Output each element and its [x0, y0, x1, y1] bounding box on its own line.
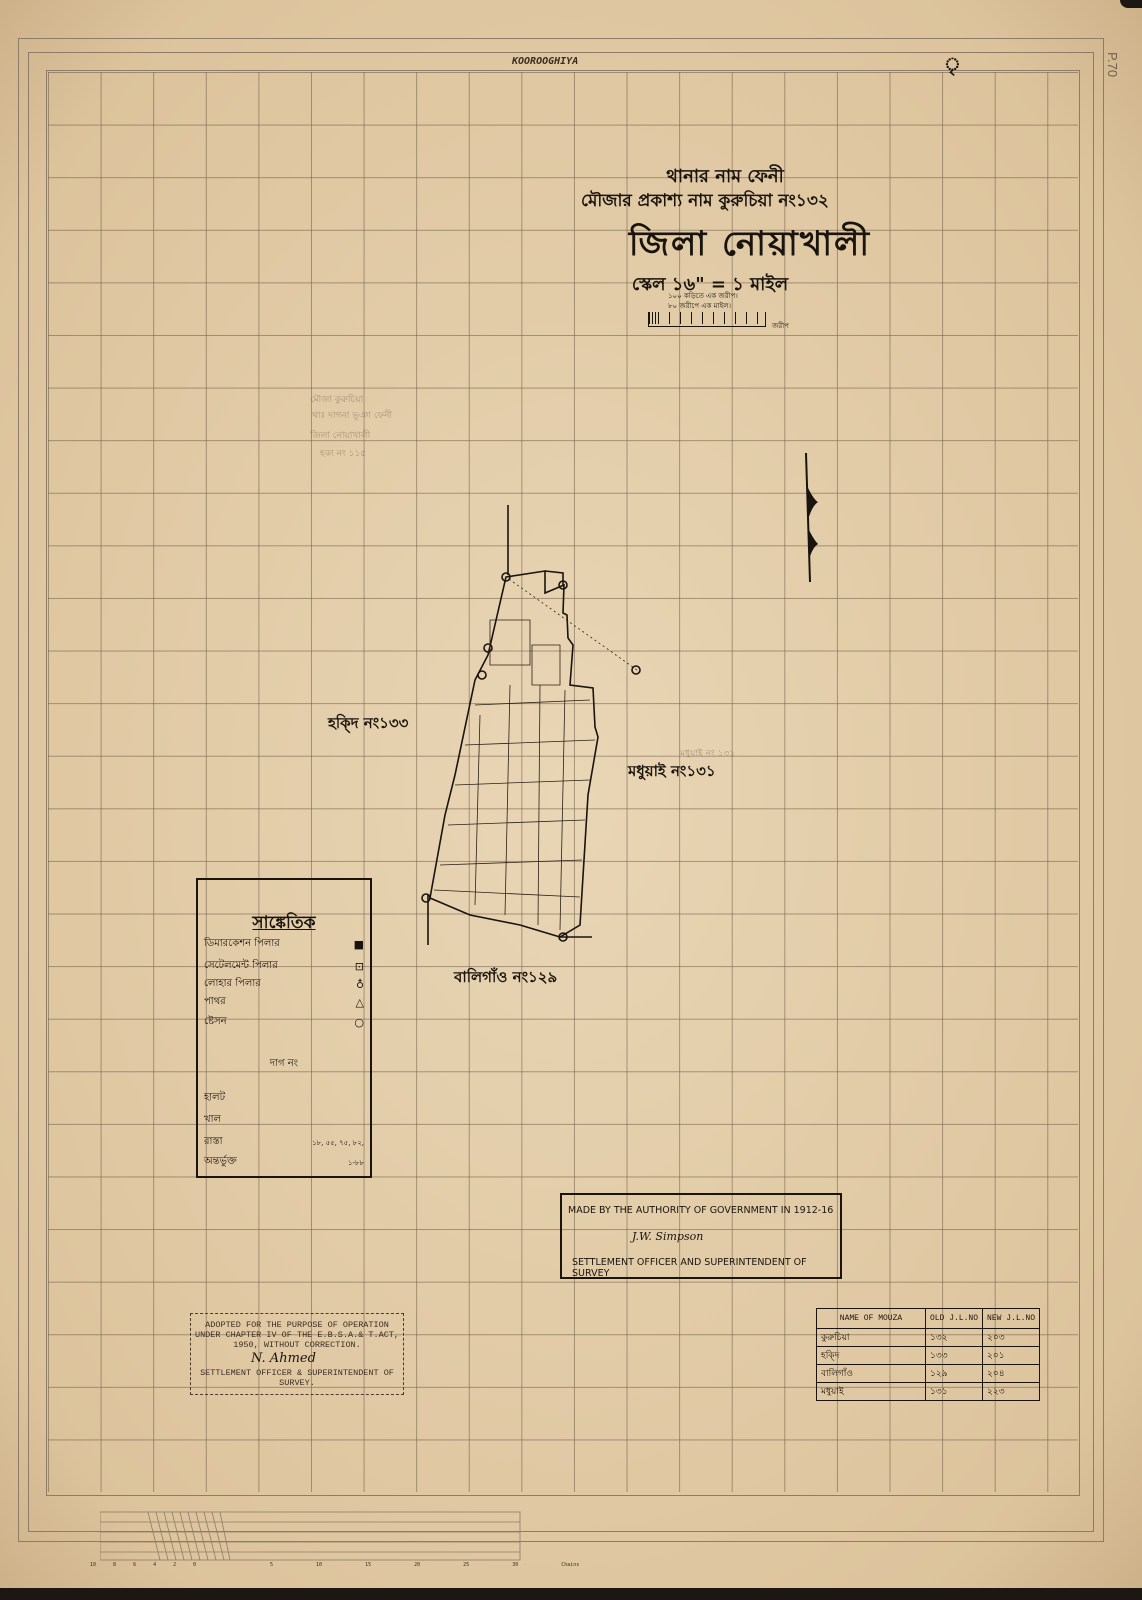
faint-annotation: থাঃ দাগনা ভূঞা ফেনী — [312, 408, 392, 423]
demarcation-pillar-icon: ■ — [354, 938, 364, 951]
scale-end-label: জরীপ — [772, 320, 789, 332]
table-row: মধুয়াই১৩১২২৩ — [817, 1383, 1040, 1401]
diagonal-scale — [100, 1510, 600, 1566]
legend-box: সাঙ্কেতিক ডিমারকেশন পিলার■ সেটেলমেন্ট পি… — [196, 878, 372, 1178]
map-sheet: KOOROOGHIYA P.70 ৃ থানার নাম ফেনী মৌজার … — [0, 0, 1142, 1588]
signature: J.W. Simpson — [632, 1230, 703, 1243]
neighbor-label-south: বালিগাঁও নং১২৯ — [454, 966, 557, 991]
neighbor-label-west: হক্দি নং১৩৩ — [328, 712, 408, 737]
dag-row: হালট — [204, 1090, 364, 1107]
jl-number-table: NAME OF MOUZA OLD J.L.NO NEW J.L.NO কুরু… — [816, 1308, 1040, 1401]
authority-box: MADE BY THE AUTHORITY OF GOVERNMENT IN 1… — [560, 1193, 842, 1279]
stamp-footer: SETTLEMENT OFFICER & SUPERINTENDENT OF S… — [191, 1368, 403, 1388]
table-row: কুরুচিয়া১৩২২০৩ — [817, 1329, 1040, 1347]
dag-header: দাগ নং — [198, 1056, 370, 1073]
mouza-line: মৌজার প্রকাশ্য নাম কুরুচিয়া নং১৩২ — [540, 188, 870, 216]
scale-bar — [648, 312, 766, 327]
torn-edge — [0, 1588, 1142, 1600]
torn-corner — [1120, 0, 1142, 8]
stone-icon: △ — [356, 996, 364, 1009]
legend-item: সেটেলমেন্ট পিলার⊡ — [204, 958, 364, 975]
table-row: বালিগাঁও১২৯২০৪ — [817, 1365, 1040, 1383]
authority-line-1: MADE BY THE AUTHORITY OF GOVERNMENT IN 1… — [568, 1205, 833, 1216]
neighbor-label-east: মধুয়াই নং১৩১ — [628, 760, 716, 785]
page-tag: P.70 — [1105, 52, 1120, 77]
corner-mark: ৃ — [944, 50, 961, 81]
dag-row: রাস্তা১৮, ৫৫, ৭৫, ৮২, — [204, 1134, 364, 1151]
legend-item: লোহার পিলার♁ — [204, 976, 364, 993]
dag-row: অন্তর্ভুক্ত১-৮৮ — [204, 1154, 364, 1171]
table-row: হক্দি১৩৩২০১ — [817, 1347, 1040, 1365]
faint-annotation: মৌজা কুরুচিয়া — [310, 392, 363, 407]
faint-annotation: হকা নং ১১৫ — [320, 446, 366, 461]
district-line: জিলা নোয়াখালী — [620, 218, 880, 275]
scale-note-2: ৮০ জরীপে এক মাইল। — [668, 300, 731, 312]
legend-item: ষ্টেসন○ — [204, 1014, 364, 1031]
station-icon: ○ — [354, 1016, 364, 1029]
settlement-pillar-icon: ⊡ — [355, 960, 364, 973]
legend-item: ডিমারকেশন পিলার■ — [204, 936, 364, 953]
legend-title: সাঙ্কেতিক — [198, 910, 370, 938]
faint-annotation: মধুয়াই নং ১৩১ — [680, 746, 735, 761]
authority-line-2: SETTLEMENT OFFICER AND SUPERINTENDENT OF… — [572, 1257, 840, 1279]
mouza-plot-map — [420, 505, 660, 945]
border-top-label: KOOROOGHIYA — [512, 56, 578, 67]
legend-item: পাথর△ — [204, 994, 364, 1011]
dag-row: খাল — [204, 1112, 364, 1129]
stamp-signature: N. Ahmed — [251, 1354, 403, 1364]
adopted-stamp: ADOPTED FOR THE PURPOSE OF OPERATION UND… — [190, 1313, 404, 1395]
faint-annotation: জিলা নোয়াখালী — [310, 428, 370, 443]
iron-pillar-icon: ♁ — [356, 978, 364, 991]
scale-ticks-right: 5 10 15 20 25 30 Chains — [270, 1562, 579, 1568]
north-arrow-icon — [796, 448, 826, 588]
scale-ticks-left: 10 8 6 4 2 0 — [90, 1562, 196, 1568]
table-header-row: NAME OF MOUZA OLD J.L.NO NEW J.L.NO — [817, 1309, 1040, 1329]
